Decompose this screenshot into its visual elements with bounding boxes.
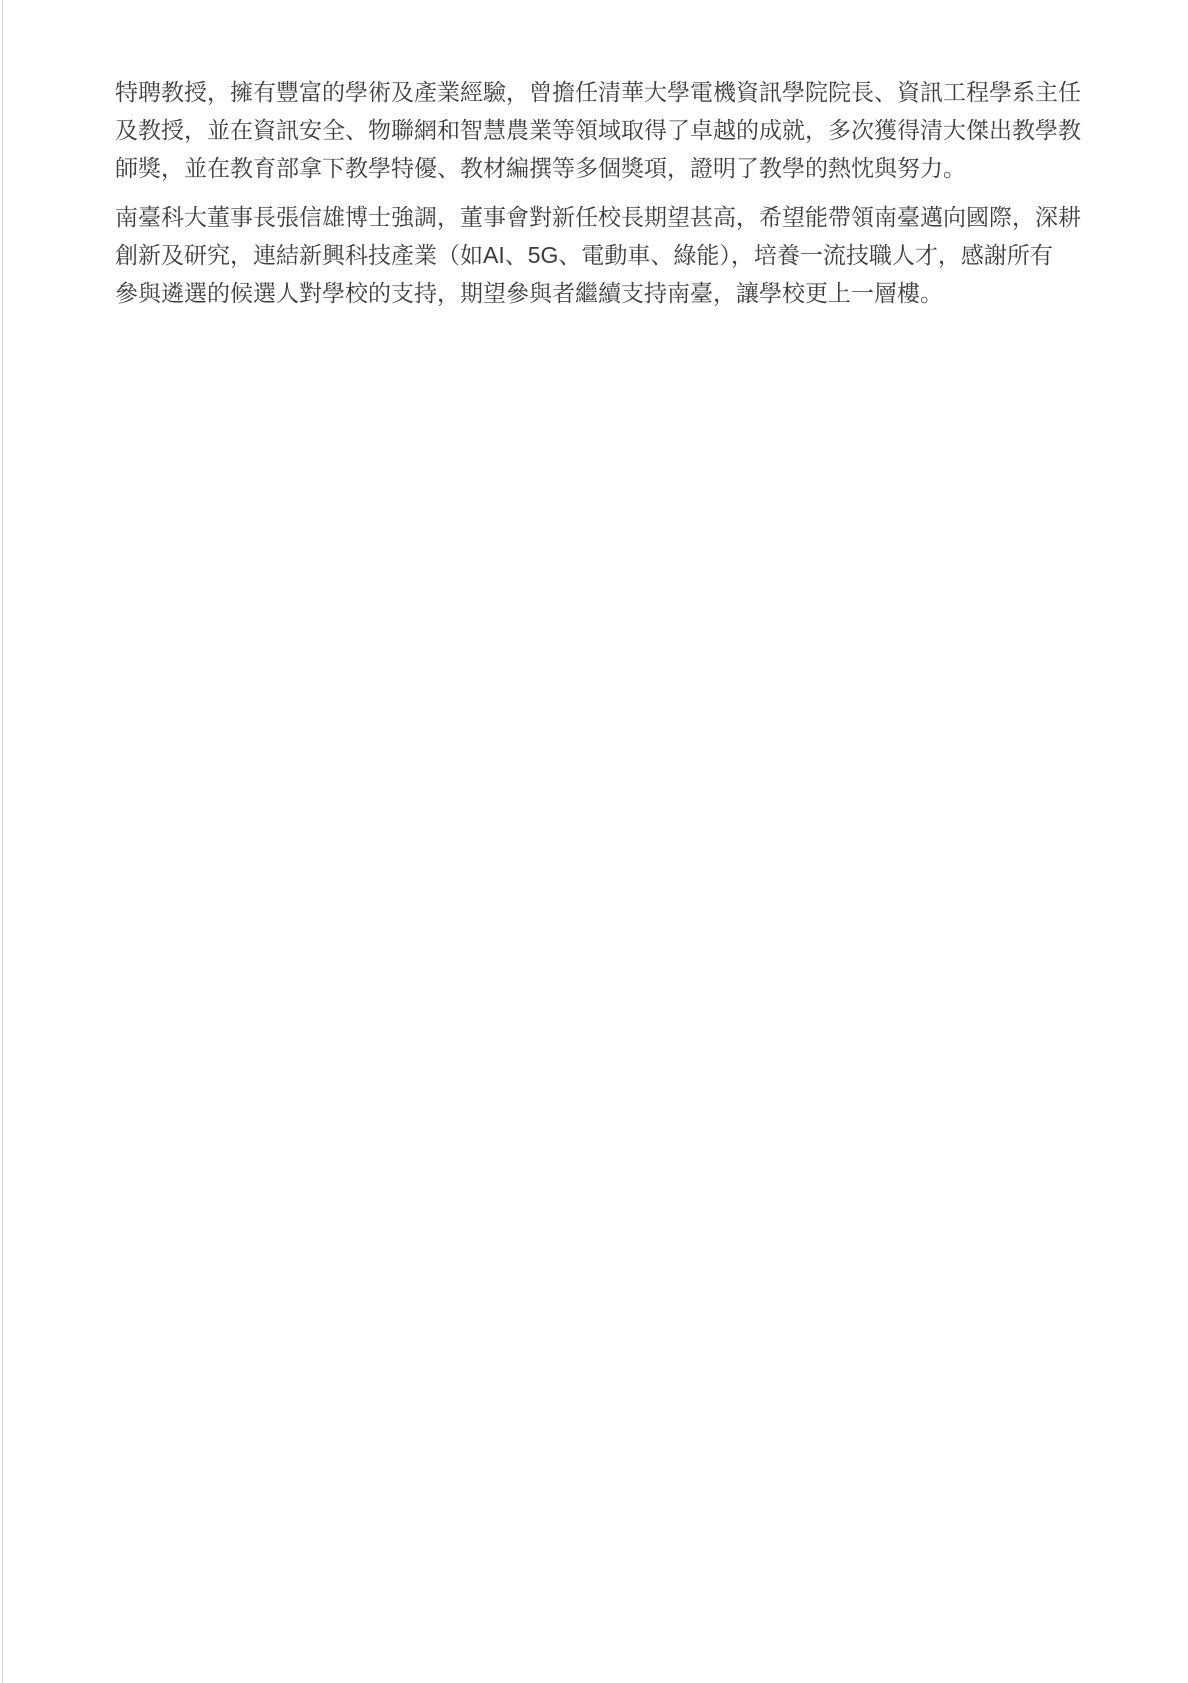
text-line: 南臺科大董事長張信雄博士強調，董事會對新任校長期望甚高，希望能帶領南臺邁向國際，… (115, 198, 1090, 236)
text-line: 特聘教授，擁有豐富的學術及產業經驗，曾擔任清華大學電機資訊學院院長、資訊工程學系… (115, 73, 1090, 111)
text-line: 參與遴選的候選人對學校的支持，期望參與者繼續支持南臺，讓學校更上一層樓。 (115, 274, 1090, 312)
text-line: 師獎，並在教育部拿下教學特優、教材編撰等多個獎項，證明了教學的熱忱與努力。 (115, 149, 1090, 187)
text-line: 及教授，並在資訊安全、物聯網和智慧農業等領域取得了卓越的成就，多次獲得清大傑出教… (115, 111, 1090, 149)
paragraph-1: 特聘教授，擁有豐富的學術及產業經驗，曾擔任清華大學電機資訊學院院長、資訊工程學系… (115, 73, 1090, 187)
document-page: 特聘教授，擁有豐富的學術及產業經驗，曾擔任清華大學電機資訊學院院長、資訊工程學系… (0, 0, 1188, 1683)
text-line: 創新及研究，連結新興科技產業（如AI、5G、電動車、綠能），培養一流技職人才，感… (115, 236, 1090, 274)
paragraph-2: 南臺科大董事長張信雄博士強調，董事會對新任校長期望甚高，希望能帶領南臺邁向國際，… (115, 198, 1090, 312)
article-body: 特聘教授，擁有豐富的學術及產業經驗，曾擔任清華大學電機資訊學院院長、資訊工程學系… (115, 73, 1090, 323)
page-left-border (2, 0, 3, 1683)
